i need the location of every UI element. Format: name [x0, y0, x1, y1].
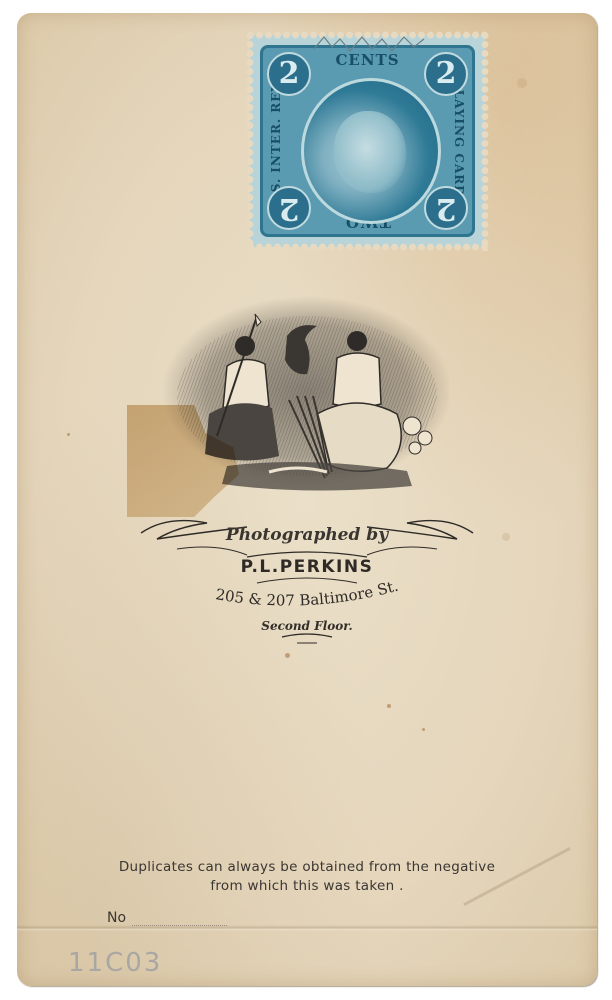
- photo-card-back: CENTS TWO U.S. INTER. REV. PLAYING CARDS…: [17, 13, 597, 986]
- foxing-spot: [285, 653, 290, 658]
- notice-line-1: Duplicates can always be obtained from t…: [47, 858, 567, 877]
- stamp-frame: CENTS TWO U.S. INTER. REV. PLAYING CARDS…: [260, 45, 475, 237]
- stamp-portrait-icon: [334, 111, 406, 193]
- studio-name: P.L.PERKINS: [137, 557, 477, 577]
- foxing-spot: [387, 704, 391, 708]
- number-label-text: No: [107, 910, 126, 926]
- svg-text:205 & 207 Baltimore St.: 205 & 207 Baltimore St.: [214, 577, 400, 610]
- revenue-stamp: CENTS TWO U.S. INTER. REV. PLAYING CARDS…: [250, 35, 485, 247]
- foxing-spot: [422, 728, 425, 731]
- number-label: No: [107, 910, 126, 926]
- stamp-perforation: [246, 243, 489, 251]
- pen-cancel-mark: [310, 31, 430, 55]
- stamp-portrait-oval: [301, 78, 441, 224]
- stamp-numeral: 2: [267, 186, 311, 230]
- stamp-numeral: 2: [424, 186, 468, 230]
- foxing-spot: [502, 533, 510, 541]
- stamp-numeral: 2: [267, 52, 311, 96]
- foxing-spot: [517, 78, 527, 88]
- notice-line-2: from which this was taken .: [47, 877, 567, 896]
- stamp-numeral: 2: [424, 52, 468, 96]
- stamp-perforation: [481, 31, 489, 251]
- stamp-perforation: [246, 31, 254, 251]
- studio-floor: Second Floor.: [137, 619, 477, 633]
- foxing-spot: [67, 433, 70, 436]
- paper-crease: [17, 925, 597, 931]
- photographer-imprint: Photographed by P.L.PERKINS 205 & 207 Ba…: [137, 513, 477, 653]
- photographed-by-label: Photographed by: [137, 525, 477, 545]
- pencil-inventory-note: 11C03: [68, 949, 162, 977]
- studio-address: 205 & 207 Baltimore St.: [211, 577, 421, 617]
